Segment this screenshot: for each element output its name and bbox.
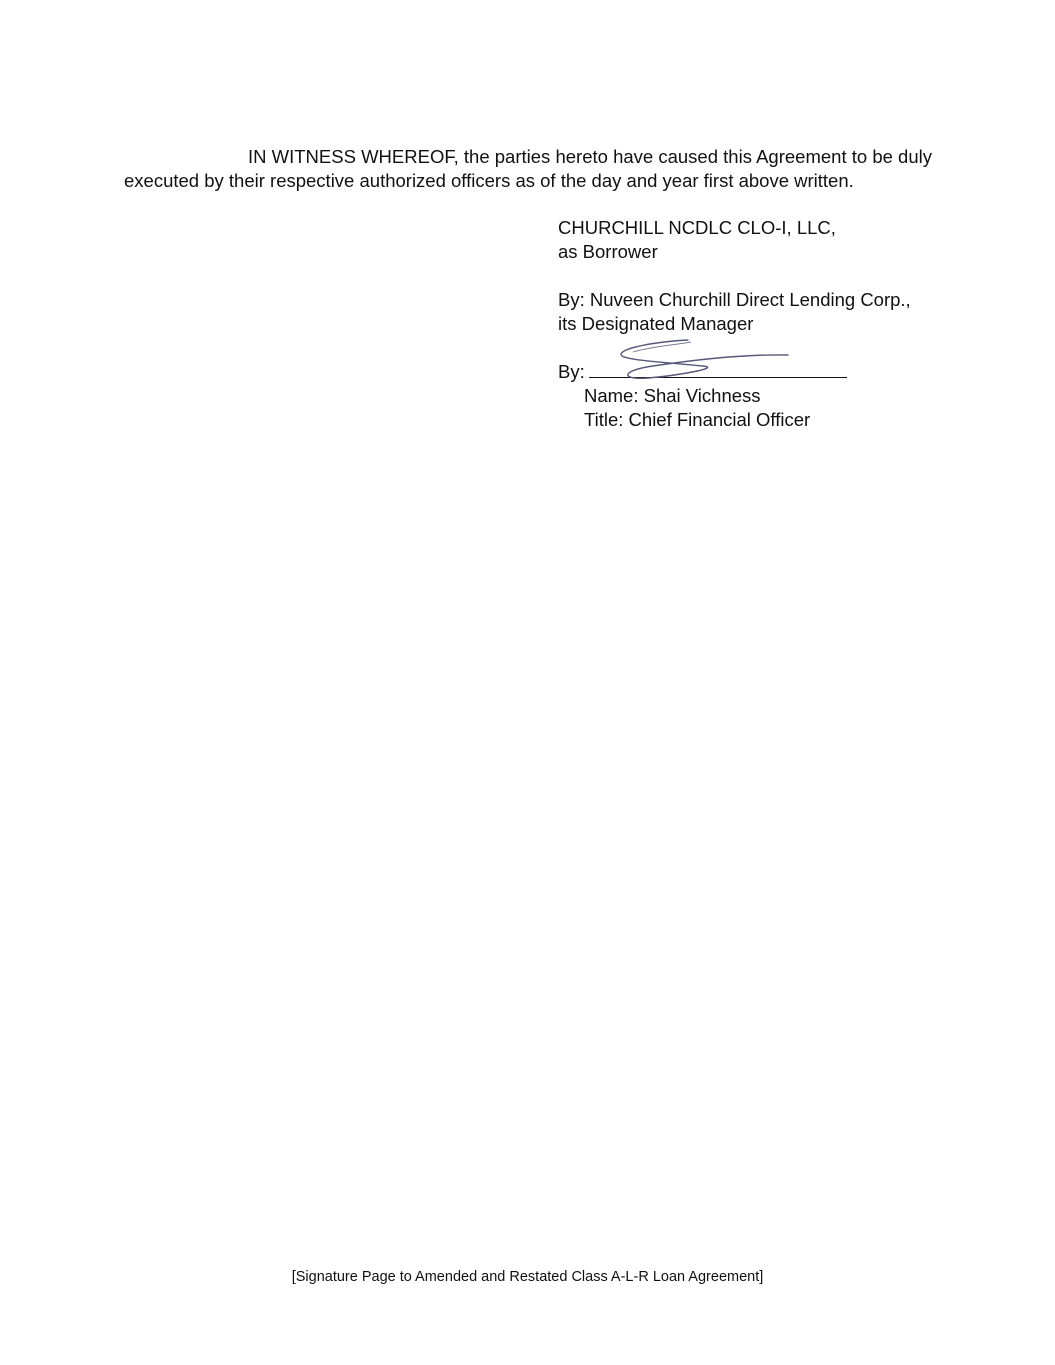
by-entity: By: Nuveen Churchill Direct Lending Corp… [558,288,911,312]
page-footer: [Signature Page to Amended and Restated … [0,1269,1055,1285]
by-entity-role: its Designated Manager [558,312,911,336]
signer-title: Title: Chief Financial Officer [558,408,911,432]
signature-icon [613,338,803,382]
entity-name: CHURCHILL NCDLC CLO-I, LLC, [558,216,911,240]
by-label: By: [558,361,585,382]
signature-line: By: [558,360,911,384]
entity-role: as Borrower [558,240,911,264]
signer-name: Name: Shai Vichness [558,384,911,408]
witness-paragraph: IN WITNESS WHEREOF, the parties hereto h… [124,145,932,193]
signature-block: CHURCHILL NCDLC CLO-I, LLC, as Borrower … [558,216,911,432]
witness-text: IN WITNESS WHEREOF, the parties hereto h… [124,146,932,191]
